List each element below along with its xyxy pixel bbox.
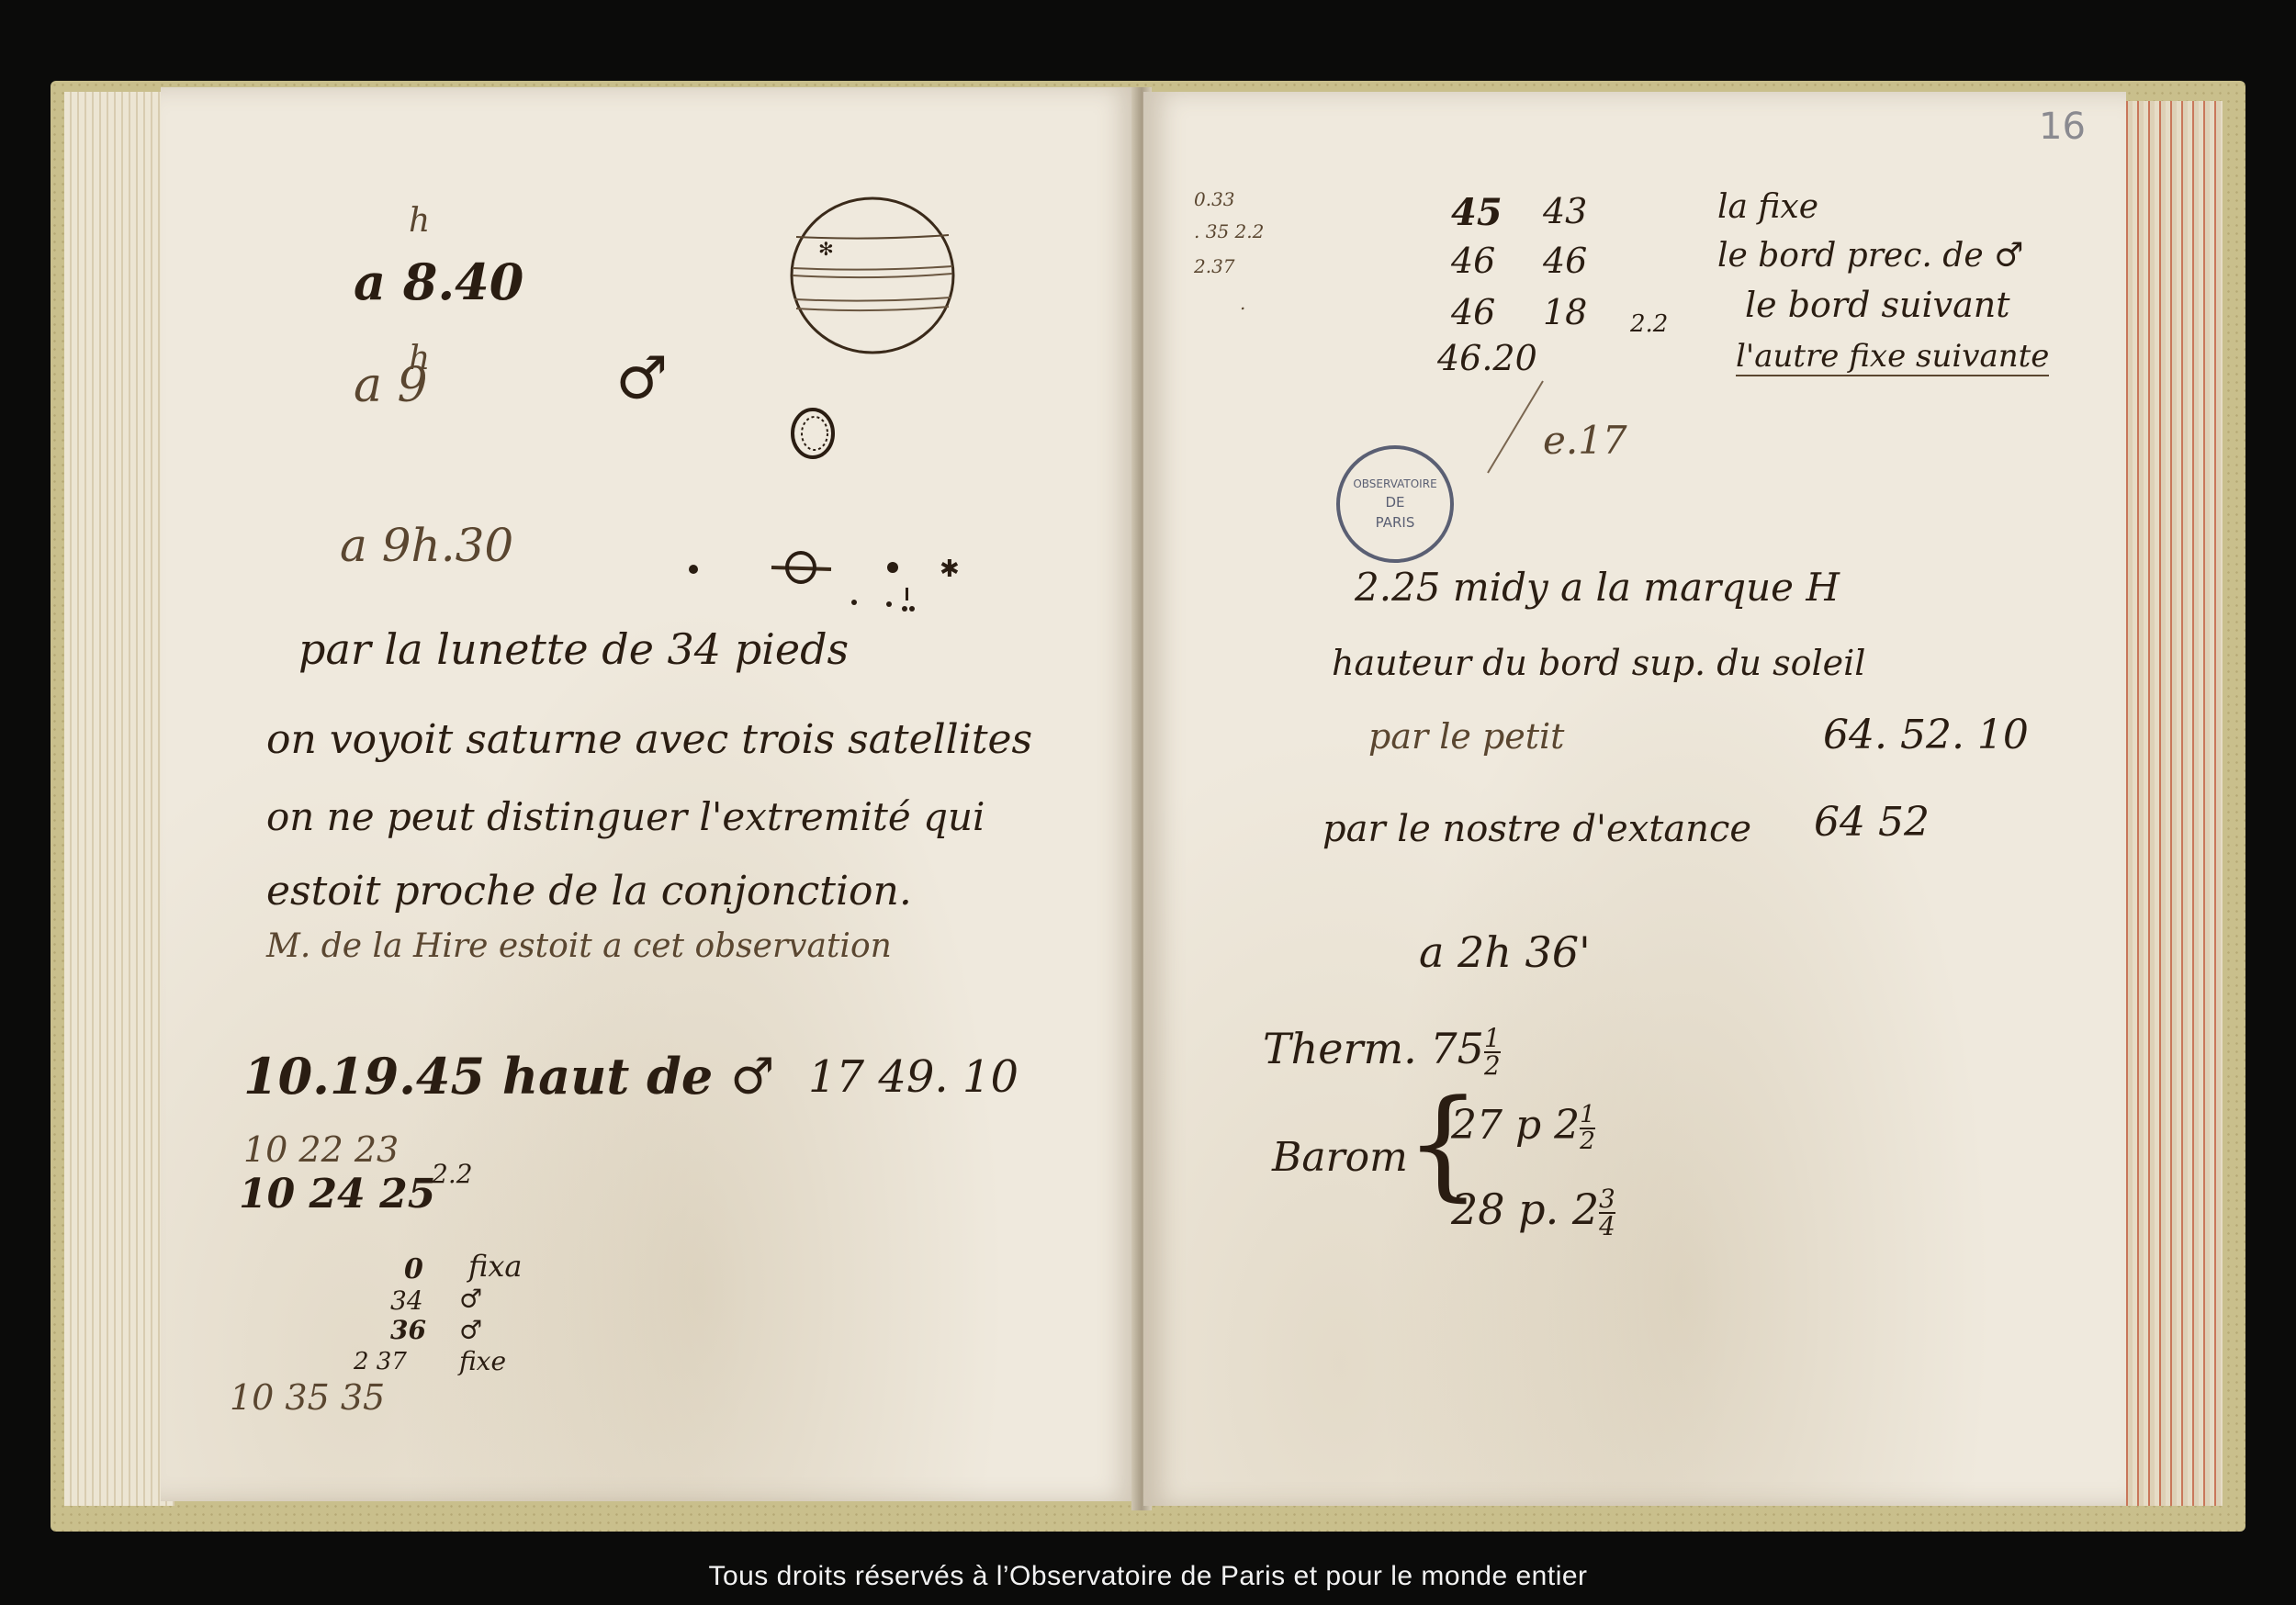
noon-line: 2.25 midy a la marque H	[1355, 565, 1840, 610]
note-la-hire: M. de la Hire estoit a cet observation	[266, 927, 892, 965]
par-le-petit-value: 64. 52. 10	[1823, 712, 2029, 758]
mars-height-value: 17 49. 10	[808, 1051, 1019, 1103]
note-conjonction: estoit proche de la conjonction.	[266, 868, 912, 915]
barometer-reading-1: 27 p 212	[1451, 1102, 1595, 1153]
copyright-footer: Tous droits réservés à l’Observatoire de…	[0, 1561, 2296, 1592]
note-lunette: par la lunette de 34 pieds	[298, 624, 849, 674]
therm-label: Therm.	[1263, 1024, 1417, 1073]
sun-height-line: hauteur du bord sup. du soleil	[1332, 643, 1865, 683]
time-2h36: a 2h 36'	[1419, 927, 1591, 977]
svg-text:✱: ✱	[940, 556, 960, 583]
table-row-2-b: 46	[1543, 241, 1587, 281]
sub-row-4-num: 2 37	[354, 1348, 407, 1375]
table-row-2-label: le bord prec. de ♂	[1717, 237, 2023, 275]
table-row-3-note: 2.2	[1630, 310, 1668, 338]
note-distinguer: on ne peut distinguer l'extremité qui	[266, 794, 985, 839]
reading-row-2: 10 24 25	[239, 1171, 435, 1218]
reading-row-2-note: 2.2	[432, 1159, 473, 1189]
saturn-satellites-drawing: ✱	[680, 542, 992, 615]
time-note-e17: e.17	[1543, 418, 1627, 463]
hour-mark-2: h	[409, 340, 430, 377]
folio-number: 16	[2039, 106, 2086, 148]
table-row-4-a: 46.20	[1437, 338, 1537, 378]
jupiter-drawing: ✻	[785, 193, 960, 358]
sub-row-1-label: fixa	[468, 1249, 522, 1284]
margin-note-4: .	[1240, 292, 1245, 314]
sub-row-2-num: 34	[390, 1285, 423, 1316]
thermometer-reading: Therm. 7512	[1263, 1024, 1501, 1079]
barometer-reading-2: 28 p. 234	[1451, 1184, 1615, 1240]
table-row-1-label: la fixe	[1717, 188, 1818, 226]
stamp-line-2: DE	[1385, 492, 1404, 513]
last-reading: 10 35 35	[230, 1377, 385, 1418]
observatoire-stamp: OBSERVATOIRE DE PARIS	[1336, 445, 1454, 563]
table-row-3-a: 46	[1451, 292, 1495, 332]
sub-row-3-num: 36	[390, 1315, 426, 1345]
hour-mark-1: h	[409, 202, 430, 240]
left-page-stack	[64, 92, 174, 1506]
barom-2-fraction: 34	[1599, 1186, 1615, 1239]
stamp-line-3: PARIS	[1376, 512, 1415, 533]
therm-value: 75	[1430, 1024, 1484, 1073]
planet-ring-drawing	[785, 404, 840, 464]
right-page-stack	[2122, 101, 2223, 1506]
barom-1-fraction: 12	[1580, 1103, 1595, 1153]
par-le-nostre-label: par le nostre d'extance	[1322, 808, 1751, 850]
barometer-label: Barom	[1272, 1134, 1408, 1181]
table-row-1-b: 43	[1543, 191, 1587, 231]
reading-row-1: 10 22 23	[243, 1129, 399, 1170]
therm-fraction: 12	[1484, 1026, 1501, 1078]
sub-row-4-label: fixe	[459, 1346, 506, 1376]
svg-text:✻: ✻	[818, 238, 834, 260]
diagonal-stroke	[1479, 376, 1552, 477]
margin-note-2: . 35 2.2	[1194, 220, 1264, 242]
sub-row-3-label: ♂	[459, 1315, 482, 1345]
mars-height-line: 10.19.45 haut de ♂	[243, 1047, 774, 1106]
sub-row-1-num: 0	[404, 1253, 423, 1285]
time-entry-3: a 9h.30	[340, 519, 513, 572]
par-le-petit-label: par le petit	[1368, 716, 1564, 757]
table-row-3-b: 18	[1543, 292, 1587, 332]
note-saturne: on voyoit saturne avec trois satellites	[266, 716, 1032, 763]
par-le-nostre-value: 64 52	[1814, 799, 1930, 846]
table-row-4-label: l'autre fixe suivante	[1736, 338, 2049, 376]
margin-note-1: 0.33	[1194, 188, 1235, 210]
sub-row-2-label: ♂	[459, 1284, 482, 1314]
time-entry-1: a 8.40	[354, 253, 523, 311]
stamp-line-1: OBSERVATOIRE	[1353, 476, 1436, 492]
mars-symbol: ♂	[615, 344, 668, 413]
table-row-3-label: le bord suivant	[1745, 285, 2010, 325]
table-row-1-a: 45	[1451, 191, 1503, 234]
margin-note-3: 2.37	[1194, 255, 1235, 277]
table-row-2-a: 46	[1451, 241, 1495, 281]
